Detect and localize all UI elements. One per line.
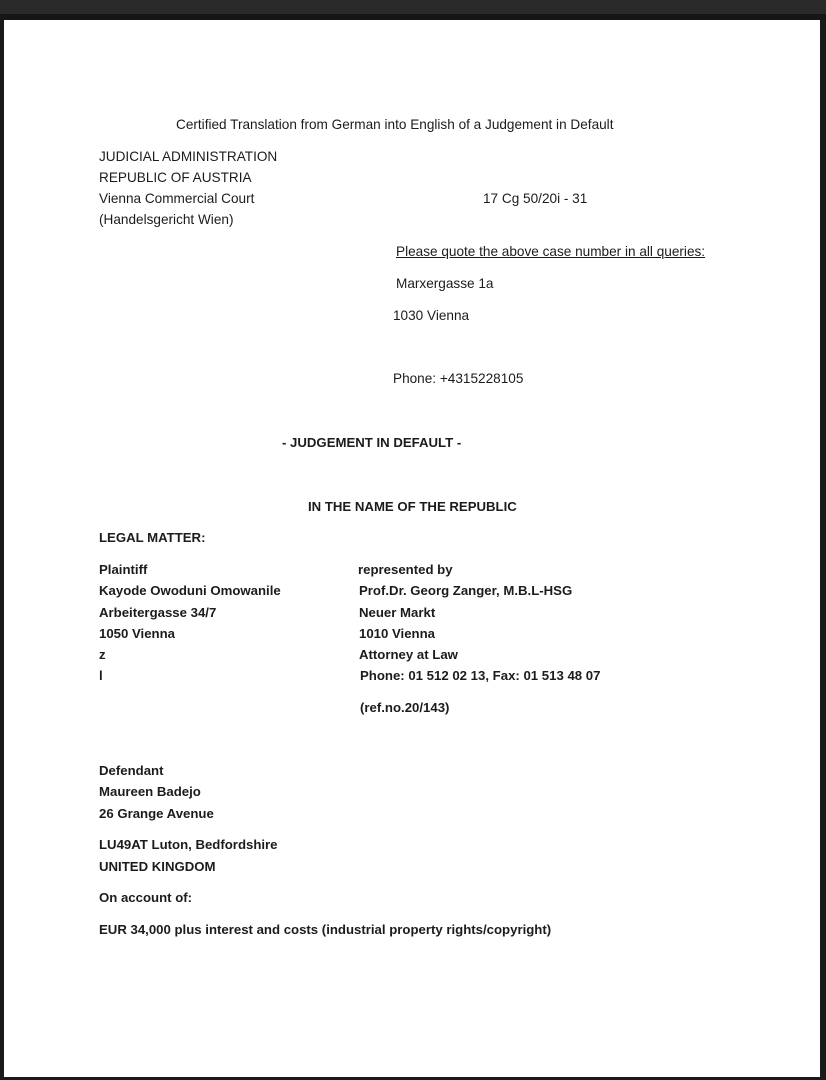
court-street: Marxergasse 1a (396, 276, 493, 292)
claim-text: EUR 34,000 plus interest and costs (indu… (99, 922, 551, 938)
plaintiff-label: Plaintiff (99, 562, 147, 578)
viewer-top-bar (0, 0, 826, 14)
court-header-line: (Handelsgericht Wien) (99, 212, 233, 228)
representative-city: 1010 Vienna (359, 626, 435, 642)
defendant-city: LU49AT Luton, Bedfordshire (99, 837, 278, 853)
representative-role: Attorney at Law (359, 647, 458, 663)
defendant-label: Defendant (99, 763, 163, 779)
defendant-name: Maureen Badejo (99, 784, 201, 800)
court-header-line: JUDICIAL ADMINISTRATION (99, 149, 277, 165)
court-header-line: Vienna Commercial Court (99, 191, 254, 207)
court-phone: Phone: +4315228105 (393, 371, 523, 387)
representative-street: Neuer Markt (359, 605, 435, 621)
case-number: 17 Cg 50/20i - 31 (483, 191, 587, 207)
plaintiff-city: 1050 Vienna (99, 626, 175, 642)
republic-subheading: IN THE NAME OF THE REPUBLIC (308, 499, 517, 515)
plaintiff-street: Arbeitergasse 34/7 (99, 605, 216, 621)
representative-name: Prof.Dr. Georg Zanger, M.B.L-HSG (359, 583, 572, 599)
defendant-country: UNITED KINGDOM (99, 859, 216, 875)
representative-label: represented by (358, 562, 453, 578)
account-label: On account of: (99, 890, 192, 906)
document-page: Certified Translation from German into E… (4, 20, 820, 1077)
judgement-heading: - JUDGEMENT IN DEFAULT - (282, 435, 461, 451)
plaintiff-extra: l (99, 668, 103, 684)
plaintiff-name: Kayode Owoduni Omowanile (99, 583, 281, 599)
legal-matter-label: LEGAL MATTER: (99, 530, 205, 546)
court-header-line: REPUBLIC OF AUSTRIA (99, 170, 252, 186)
plaintiff-extra: z (99, 647, 106, 663)
representative-ref: (ref.no.20/143) (360, 700, 449, 716)
representative-contact: Phone: 01 512 02 13, Fax: 01 513 48 07 (360, 668, 600, 684)
defendant-street: 26 Grange Avenue (99, 806, 214, 822)
quote-note: Please quote the above case number in al… (396, 244, 705, 260)
court-city: 1030 Vienna (393, 308, 469, 324)
document-title: Certified Translation from German into E… (176, 117, 613, 133)
